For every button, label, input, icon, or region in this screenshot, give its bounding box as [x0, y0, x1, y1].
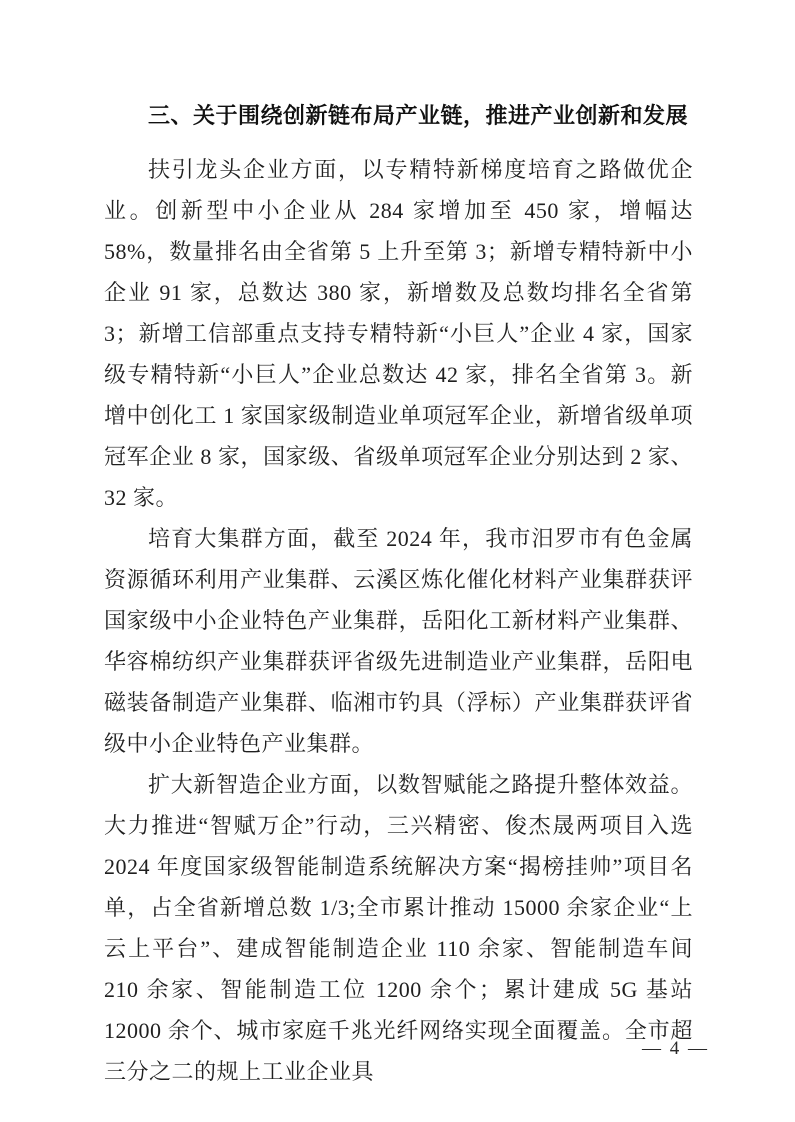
- page-number: — 4 —: [642, 1038, 709, 1060]
- document-page: 三、关于围绕创新链布局产业链，推进产业创新和发展 扶引龙头企业方面，以专精特新梯…: [0, 0, 795, 1122]
- section-heading: 三、关于围绕创新链布局产业链，推进产业创新和发展: [104, 97, 693, 134]
- paragraph-smart-manufacturing: 扩大新智造企业方面，以数智赋能之路提升整体效益。大力推进“智赋万企”行动，三兴精…: [104, 764, 693, 1092]
- paragraph-industry-clusters: 培育大集群方面，截至 2024 年，我市汨罗市有色金属资源循环利用产业集群、云溪…: [104, 518, 693, 764]
- document-body: 三、关于围绕创新链布局产业链，推进产业创新和发展 扶引龙头企业方面，以专精特新梯…: [104, 97, 693, 1092]
- paragraph-leading-enterprises: 扶引龙头企业方面，以专精特新梯度培育之路做优企业。创新型中小企业从 284 家增…: [104, 149, 693, 518]
